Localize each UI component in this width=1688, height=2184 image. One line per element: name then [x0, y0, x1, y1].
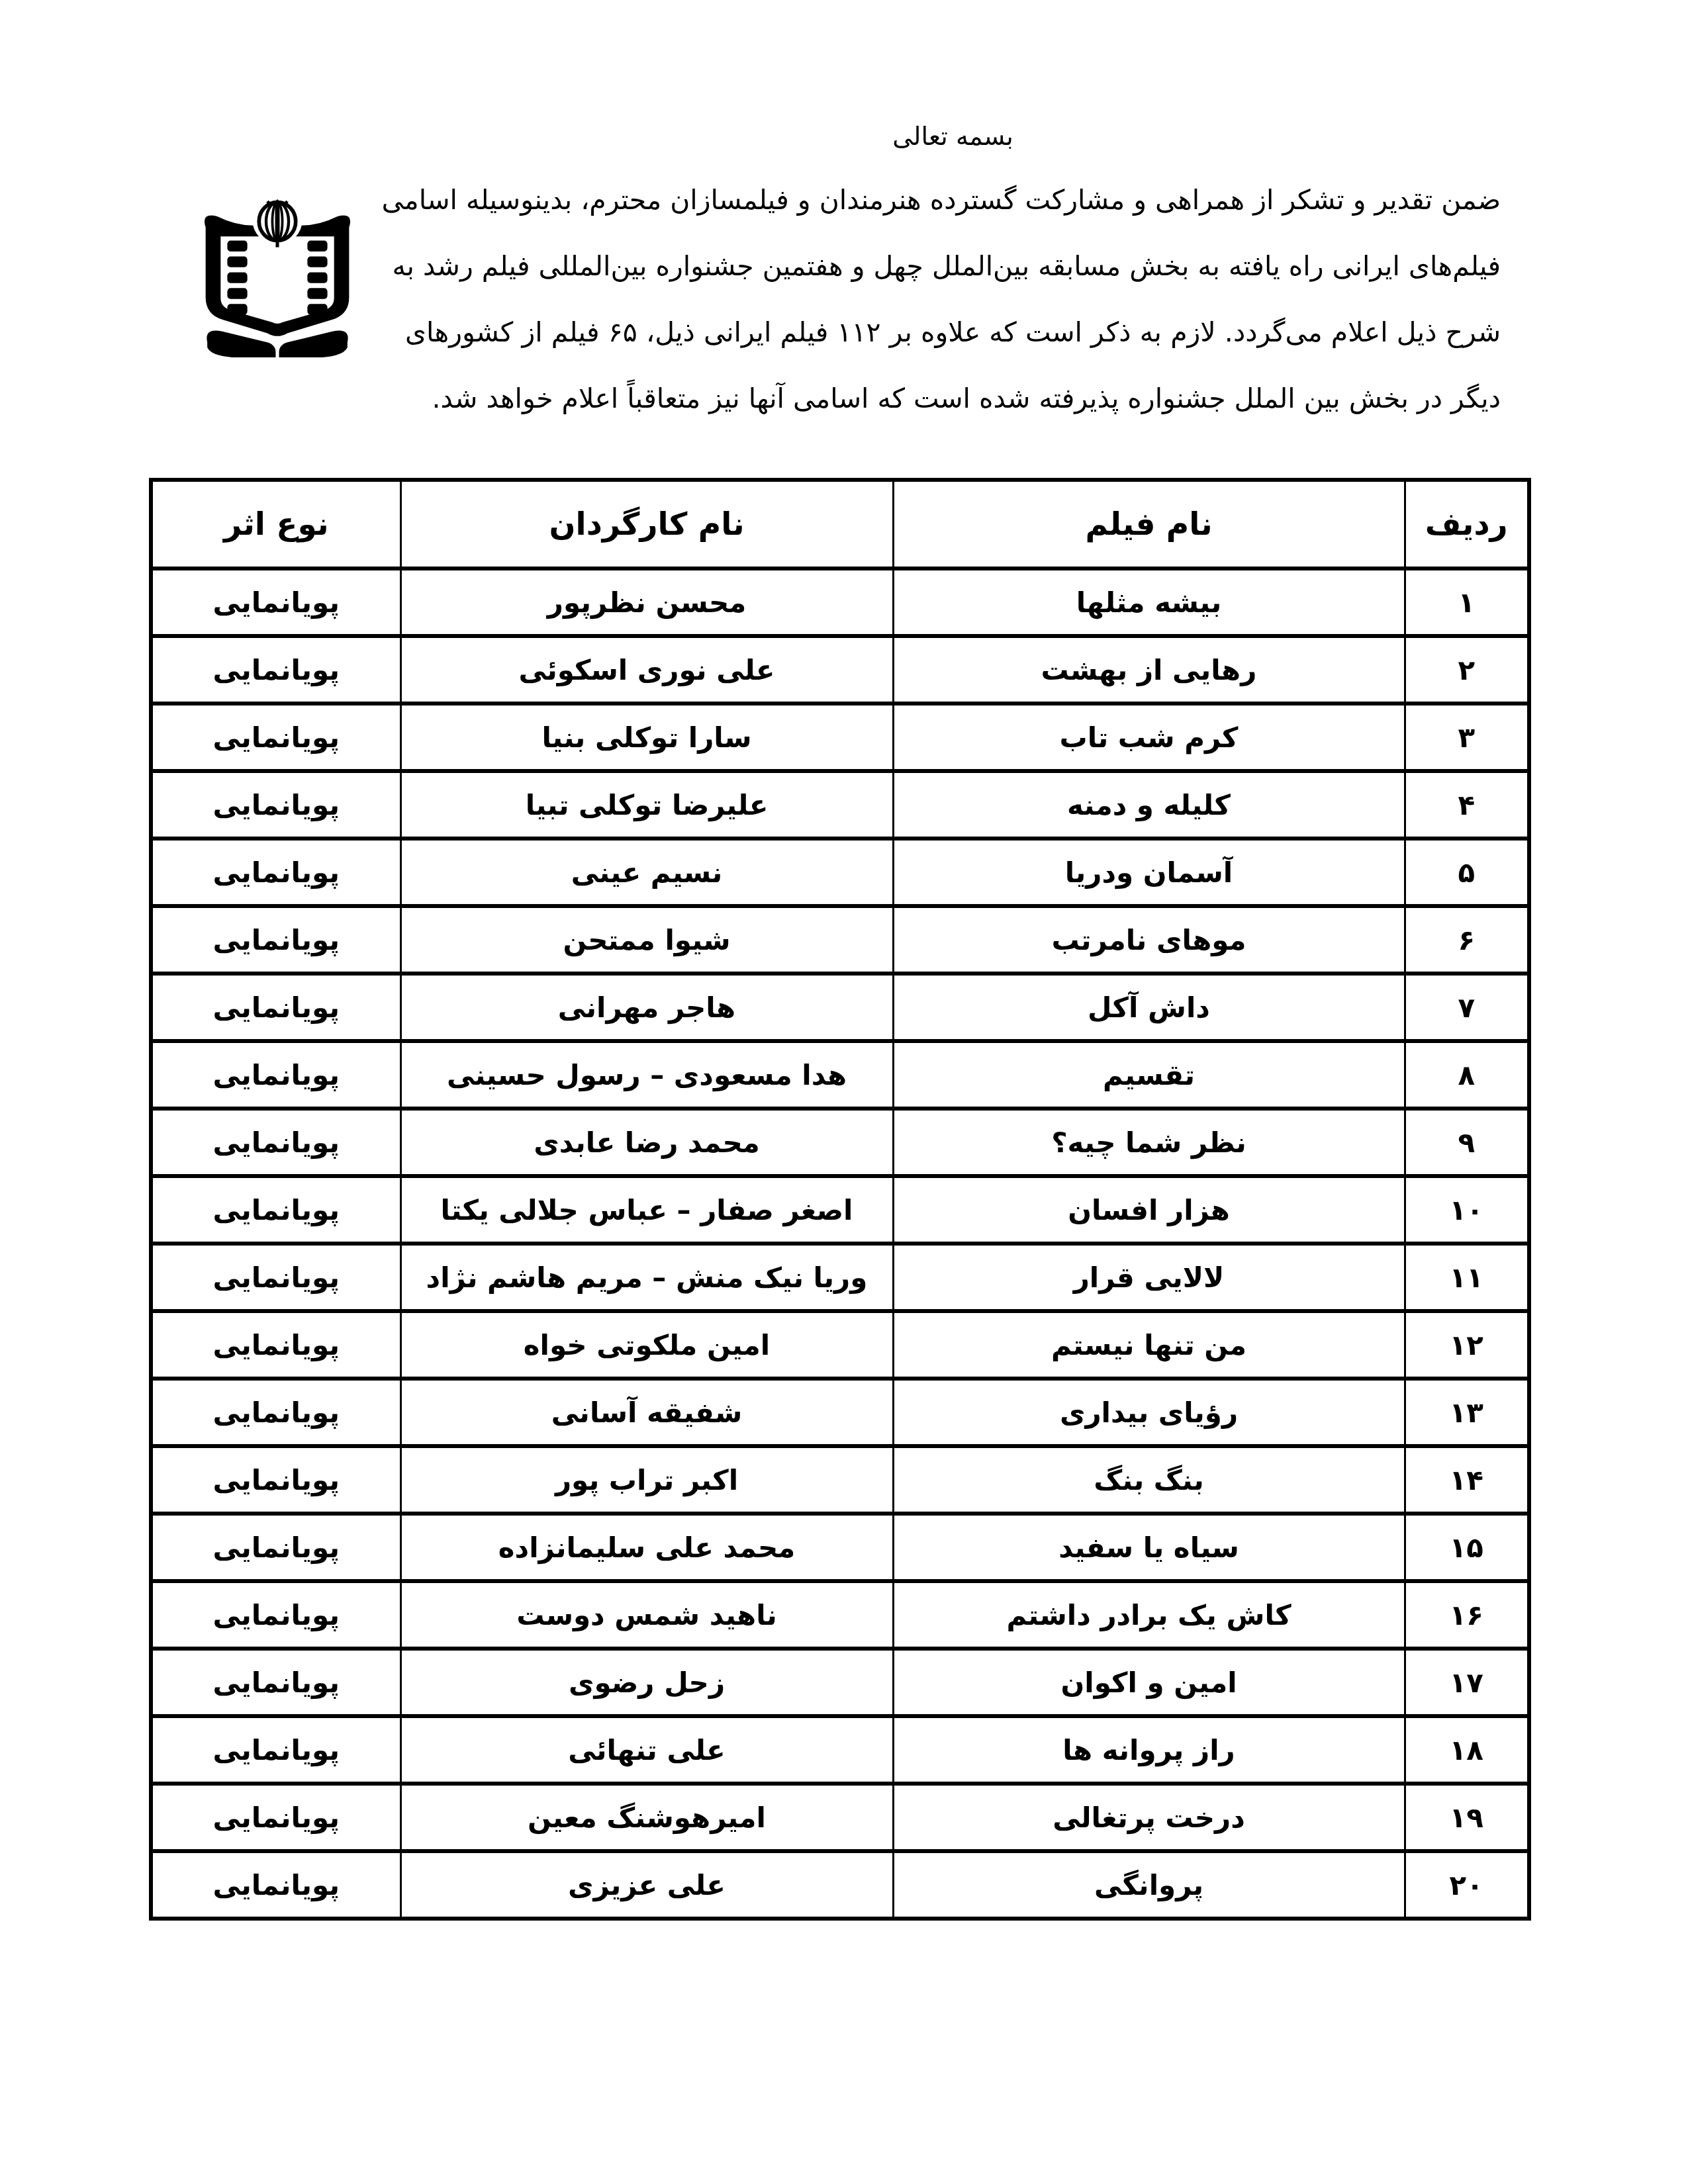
- cell-row-number: ۶: [1405, 906, 1529, 974]
- cell-row-number: ۱۹: [1405, 1784, 1529, 1851]
- document-page: بسمه تعالی ضمن تقدیر و تشکر از همراهی و …: [0, 0, 1688, 2184]
- table-row: ۵ آسمان ودریا نسیم عینی پویانمایی: [151, 839, 1529, 906]
- paragraph-line-4: دیگر در بخش بین الملل جشنواره پذیرفته شد…: [405, 365, 1501, 432]
- cell-director-name: ناهید شمس دوست: [400, 1581, 893, 1649]
- table-row: ۹ نظر شما چیه؟ محمد رضا عابدی پویانمایی: [151, 1109, 1529, 1176]
- cell-work-type: پویانمایی: [151, 1581, 400, 1649]
- cell-director-name: علیرضا توکلی تبیا: [400, 771, 893, 839]
- cell-film-name: تقسیم: [893, 1041, 1405, 1109]
- cell-work-type: پویانمایی: [151, 771, 400, 839]
- cell-row-number: ۵: [1405, 839, 1529, 906]
- cell-work-type: پویانمایی: [151, 1244, 400, 1311]
- cell-director-name: علی نوری اسکوئی: [400, 636, 893, 704]
- cell-row-number: ۱۵: [1405, 1514, 1529, 1581]
- cell-row-number: ۱۱: [1405, 1244, 1529, 1311]
- table-row: ۱ بیشه مثلها محسن نظرپور پویانمایی: [151, 569, 1529, 636]
- cell-work-type: پویانمایی: [151, 906, 400, 974]
- cell-director-name: شفیقه آسانی: [400, 1379, 893, 1446]
- cell-director-name: هاجر مهرانی: [400, 974, 893, 1041]
- cell-director-name: امین ملکوتی خواه: [400, 1311, 893, 1379]
- table-row: ۱۳ رؤیای بیداری شفیقه آسانی پویانمایی: [151, 1379, 1529, 1446]
- cell-film-name: موهای نامرتب: [893, 906, 1405, 974]
- cell-work-type: پویانمایی: [151, 569, 400, 636]
- cell-work-type: پویانمایی: [151, 636, 400, 704]
- cell-film-name: کلیله و دمنه: [893, 771, 1405, 839]
- header-film-name: نام فیلم: [893, 480, 1405, 569]
- cell-film-name: امین و اکوان: [893, 1649, 1405, 1716]
- cell-film-name: من تنها نیستم: [893, 1311, 1405, 1379]
- table-row: ۲ رهایی از بهشت علی نوری اسکوئی پویانمای…: [151, 636, 1529, 704]
- cell-row-number: ۱۴: [1405, 1446, 1529, 1514]
- cell-film-name: بنگ بنگ: [893, 1446, 1405, 1514]
- cell-row-number: ۴: [1405, 771, 1529, 839]
- header-director-name: نام کارگردان: [400, 480, 893, 569]
- cell-film-name: آسمان ودریا: [893, 839, 1405, 906]
- table-row: ۱۱ لالایی قرار وریا نیک منش – مریم هاشم …: [151, 1244, 1529, 1311]
- table-row: ۱۸ راز پروانه ها علی تنهائی پویانمایی: [151, 1716, 1529, 1784]
- cell-row-number: ۱۳: [1405, 1379, 1529, 1446]
- paragraph-line-2: فیلم‌های ایرانی راه یافته به بخش مسابقه …: [405, 233, 1501, 299]
- cell-film-name: نظر شما چیه؟: [893, 1109, 1405, 1176]
- cell-film-name: پروانگی: [893, 1851, 1405, 1919]
- cell-film-name: بیشه مثلها: [893, 569, 1405, 636]
- cell-director-name: نسیم عینی: [400, 839, 893, 906]
- cell-director-name: علی عزیزی: [400, 1851, 893, 1919]
- paragraph-line-1: ضمن تقدیر و تشکر از همراهی و مشارکت گستر…: [405, 167, 1501, 233]
- besmele-heading: بسمه تعالی: [405, 106, 1501, 167]
- cell-work-type: پویانمایی: [151, 839, 400, 906]
- cell-director-name: زحل رضوی: [400, 1649, 893, 1716]
- cell-work-type: پویانمایی: [151, 1716, 400, 1784]
- cell-director-name: محمد رضا عابدی: [400, 1109, 893, 1176]
- films-table: ردیف نام فیلم نام کارگردان نوع اثر ۱ بیش…: [149, 478, 1531, 1921]
- cell-row-number: ۱۰: [1405, 1176, 1529, 1244]
- cell-work-type: پویانمایی: [151, 1176, 400, 1244]
- cell-director-name: وریا نیک منش – مریم هاشم نژاد: [400, 1244, 893, 1311]
- table-row: ۱۴ بنگ بنگ اکبر تراب پور پویانمایی: [151, 1446, 1529, 1514]
- cell-director-name: محمد علی سلیمانزاده: [400, 1514, 893, 1581]
- cell-row-number: ۱۶: [1405, 1581, 1529, 1649]
- cell-director-name: سارا توکلی بنیا: [400, 704, 893, 771]
- table-row: ۱۷ امین و اکوان زحل رضوی پویانمایی: [151, 1649, 1529, 1716]
- cell-row-number: ۹: [1405, 1109, 1529, 1176]
- cell-director-name: محسن نظرپور: [400, 569, 893, 636]
- cell-row-number: ۳: [1405, 704, 1529, 771]
- cell-film-name: سیاه یا سفید: [893, 1514, 1405, 1581]
- table-row: ۱۲ من تنها نیستم امین ملکوتی خواه پویانم…: [151, 1311, 1529, 1379]
- roshd-film-festival-logo: [194, 197, 361, 364]
- cell-director-name: هدا مسعودی – رسول حسینی: [400, 1041, 893, 1109]
- cell-director-name: اصغر صفار – عباس جلالی یکتا: [400, 1176, 893, 1244]
- cell-director-name: اکبر تراب پور: [400, 1446, 893, 1514]
- cell-work-type: پویانمایی: [151, 1649, 400, 1716]
- table-row: ۳ کرم شب تاب سارا توکلی بنیا پویانمایی: [151, 704, 1529, 771]
- cell-film-name: کرم شب تاب: [893, 704, 1405, 771]
- cell-work-type: پویانمایی: [151, 1109, 400, 1176]
- cell-film-name: درخت پرتغالی: [893, 1784, 1405, 1851]
- cell-work-type: پویانمایی: [151, 1784, 400, 1851]
- table-row: ۸ تقسیم هدا مسعودی – رسول حسینی پویانمای…: [151, 1041, 1529, 1109]
- cell-work-type: پویانمایی: [151, 974, 400, 1041]
- cell-director-name: شیوا ممتحن: [400, 906, 893, 974]
- table-row: ۱۵ سیاه یا سفید محمد علی سلیمانزاده پویا…: [151, 1514, 1529, 1581]
- cell-work-type: پویانمایی: [151, 1379, 400, 1446]
- table-row: ۱۶ کاش یک برادر داشتم ناهید شمس دوست پوی…: [151, 1581, 1529, 1649]
- table-row: ۱۰ هزار افسان اصغر صفار – عباس جلالی یکت…: [151, 1176, 1529, 1244]
- cell-director-name: علی تنهائی: [400, 1716, 893, 1784]
- cell-work-type: پویانمایی: [151, 1041, 400, 1109]
- cell-work-type: پویانمایی: [151, 1851, 400, 1919]
- cell-row-number: ۱۷: [1405, 1649, 1529, 1716]
- cell-director-name: امیرهوشنگ معین: [400, 1784, 893, 1851]
- header-work-type: نوع اثر: [151, 480, 400, 569]
- table-row: ۶ موهای نامرتب شیوا ممتحن پویانمایی: [151, 906, 1529, 974]
- cell-row-number: ۲۰: [1405, 1851, 1529, 1919]
- cell-work-type: پویانمایی: [151, 704, 400, 771]
- letter-text-block: بسمه تعالی ضمن تقدیر و تشکر از همراهی و …: [405, 106, 1501, 432]
- cell-film-name: رهایی از بهشت: [893, 636, 1405, 704]
- cell-work-type: پویانمایی: [151, 1514, 400, 1581]
- table-header-row: ردیف نام فیلم نام کارگردان نوع اثر: [151, 480, 1529, 569]
- table-row: ۷ داش آکل هاجر مهرانی پویانمایی: [151, 974, 1529, 1041]
- cell-film-name: راز پروانه ها: [893, 1716, 1405, 1784]
- cell-film-name: هزار افسان: [893, 1176, 1405, 1244]
- cell-film-name: رؤیای بیداری: [893, 1379, 1405, 1446]
- cell-row-number: ۸: [1405, 1041, 1529, 1109]
- cell-row-number: ۷: [1405, 974, 1529, 1041]
- cell-film-name: داش آکل: [893, 974, 1405, 1041]
- cell-work-type: پویانمایی: [151, 1446, 400, 1514]
- cell-row-number: ۱: [1405, 569, 1529, 636]
- cell-work-type: پویانمایی: [151, 1311, 400, 1379]
- cell-row-number: ۱۲: [1405, 1311, 1529, 1379]
- table-row: ۲۰ پروانگی علی عزیزی پویانمایی: [151, 1851, 1529, 1919]
- cell-film-name: کاش یک برادر داشتم: [893, 1581, 1405, 1649]
- table-row: ۱۹ درخت پرتغالی امیرهوشنگ معین پویانمایی: [151, 1784, 1529, 1851]
- header-row-number: ردیف: [1405, 480, 1529, 569]
- cell-row-number: ۱۸: [1405, 1716, 1529, 1784]
- paragraph-line-3: شرح ذیل اعلام می‌گردد. لازم به ذکر است ک…: [405, 299, 1501, 365]
- table-row: ۴ کلیله و دمنه علیرضا توکلی تبیا پویانما…: [151, 771, 1529, 839]
- cell-row-number: ۲: [1405, 636, 1529, 704]
- cell-film-name: لالایی قرار: [893, 1244, 1405, 1311]
